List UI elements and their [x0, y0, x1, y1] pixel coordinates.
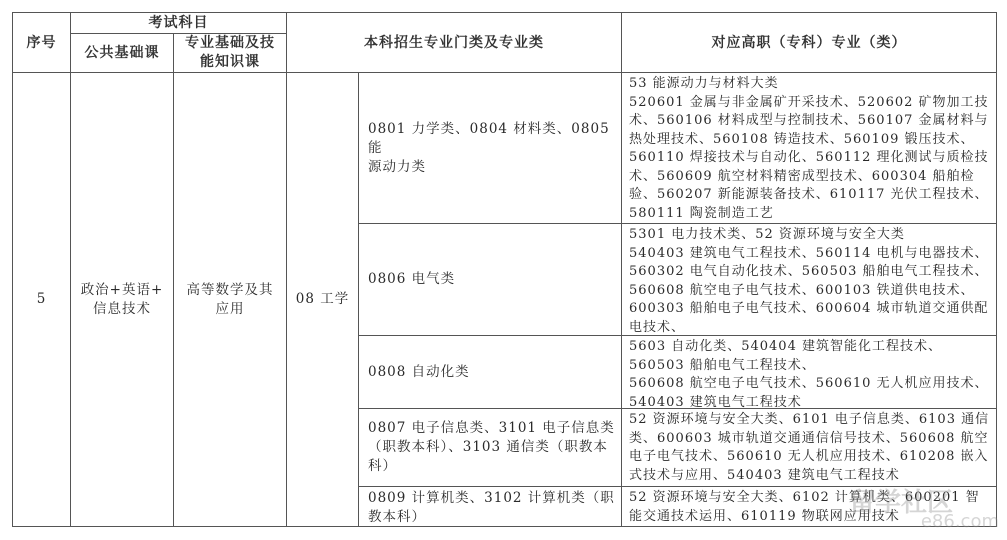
category-text: 0806 电气类 — [368, 270, 455, 289]
subrow-category-2: 0806 电气类 — [358, 223, 622, 336]
header-public-basic: 公共基础课 — [70, 33, 174, 73]
subrow-majors-1: 53 能源动力与材料大类 520601 金属与非金属矿开采技术、520602 矿… — [621, 72, 997, 224]
header-exam-subjects: 考试科目 — [70, 12, 287, 34]
watermark-logo: 留学社区 e86.com — [849, 482, 999, 532]
subrow-category-4: 0807 电子信息类、3101 电子信息类（职教本科）、3103 通信类（职教本… — [358, 408, 622, 487]
subrow-category-1: 0801 力学类、0804 材料类、0805 能 源动力类 — [358, 72, 622, 224]
header-professional-basic-label: 专业基础及技 能知识课 — [185, 34, 275, 72]
row-discipline: 08 工学 — [286, 72, 359, 527]
row-seq-value: 5 — [37, 290, 47, 309]
header-undergrad-category: 本科招生专业门类及专业类 — [286, 12, 622, 73]
majors-text: 5603 自动化类、540404 建筑智能化工程技术、560503 船舶电气工程… — [629, 338, 990, 412]
row-professional-basic: 高等数学及其 应用 — [173, 72, 287, 527]
header-seq-label: 序号 — [27, 33, 57, 53]
row-public-basic-value: 政治+英语+ 信息技术 — [81, 281, 164, 319]
row-discipline-value: 08 工学 — [296, 290, 349, 309]
header-professional-basic: 专业基础及技 能知识课 — [173, 33, 287, 73]
category-text: 0801 力学类、0804 材料类、0805 能 源动力类 — [368, 120, 615, 177]
majors-text: 52 资源环境与安全大类、6101 电子信息类、6103 通信类、600603 … — [629, 411, 990, 485]
subrow-category-5: 0809 计算机类、3102 计算机类（职教本科） — [358, 486, 622, 527]
header-vocational-majors: 对应高职（专科）专业（类） — [621, 12, 997, 73]
header-exam-subjects-label: 考试科目 — [149, 13, 209, 33]
row-public-basic: 政治+英语+ 信息技术 — [70, 72, 174, 527]
majors-text: 5301 电力技术类、52 资源环境与安全大类 540403 建筑电气工程技术、… — [629, 226, 990, 337]
category-text: 0809 计算机类、3102 计算机类（职教本科） — [368, 489, 615, 527]
subrow-category-3: 0808 自动化类 — [358, 335, 622, 409]
header-seq: 序号 — [12, 12, 71, 73]
majors-text: 53 能源动力与材料大类 520601 金属与非金属矿开采技术、520602 矿… — [629, 75, 990, 223]
subrow-majors-2: 5301 电力技术类、52 资源环境与安全大类 540403 建筑电气工程技术、… — [621, 223, 997, 336]
header-undergrad-category-label: 本科招生专业门类及专业类 — [364, 33, 544, 53]
subrow-majors-4: 52 资源环境与安全大类、6101 电子信息类、6103 通信类、600603 … — [621, 408, 997, 487]
header-public-basic-label: 公共基础课 — [85, 43, 160, 63]
header-vocational-majors-label: 对应高职（专科）专业（类） — [712, 33, 907, 53]
row-seq: 5 — [12, 72, 71, 527]
category-text: 0807 电子信息类、3101 电子信息类（职教本科）、3103 通信类（职教本… — [368, 419, 615, 476]
subrow-majors-3: 5603 自动化类、540404 建筑智能化工程技术、560503 船舶电气工程… — [621, 335, 997, 409]
watermark-sub-text: e86.com — [921, 511, 999, 532]
category-text: 0808 自动化类 — [368, 363, 470, 382]
row-professional-basic-value: 高等数学及其 应用 — [187, 281, 274, 319]
